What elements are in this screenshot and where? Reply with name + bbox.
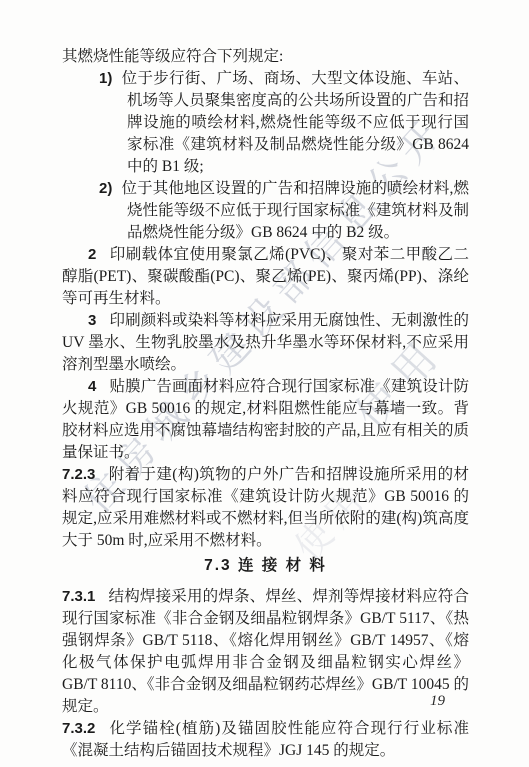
- subclause-4: 4贴膜广告画面材料应符合现行国家标准《建筑设计防火规范》GB 50016 的规定…: [62, 376, 469, 464]
- document-page: 住房城乡建设部信息公开 使用 使用 其燃烧性能等级应符合下列规定: 1)位于步行…: [0, 0, 529, 767]
- list-item-1-text: 位于步行街、广场、商场、大型文体设施、车站、机场等人员聚集密度高的公共场所设置的…: [121, 70, 469, 175]
- subclause-2-number: 2: [88, 246, 96, 263]
- clause-7-2-3-number: 7.2.3: [62, 466, 95, 483]
- clause-7-3-2-number: 7.3.2: [62, 720, 95, 737]
- clause-7-3-1-number: 7.3.1: [62, 588, 95, 605]
- paragraph-intro: 其燃烧性能等级应符合下列规定:: [62, 46, 469, 68]
- list-item-2-text: 位于其他地区设置的广告和招牌设施的喷绘材料,燃烧性能等级不应低于现行国家标准《建…: [121, 180, 469, 241]
- subclause-2: 2印刷载体宜使用聚氯乙烯(PVC)、聚对苯二甲酸乙二醇脂(PET)、聚碳酸酯(P…: [62, 244, 469, 310]
- page-body: 其燃烧性能等级应符合下列规定: 1)位于步行街、广场、商场、大型文体设施、车站、…: [62, 46, 469, 762]
- subclause-2-text: 印刷载体宜使用聚氯乙烯(PVC)、聚对苯二甲酸乙二醇脂(PET)、聚碳酸酯(PC…: [62, 246, 469, 307]
- subclause-4-number: 4: [88, 378, 96, 395]
- subclause-4-text: 贴膜广告画面材料应符合现行国家标准《建筑设计防火规范》GB 50016 的规定,…: [62, 378, 469, 461]
- subclause-3-text: 印刷颜料或染料等材料应采用无腐蚀性、无刺激性的 UV 墨水、生物乳胶墨水及热升华…: [62, 312, 469, 373]
- clause-7-2-3: 7.2.3附着于建(构)筑物的户外广告和招牌设施所采用的材料应符合现行国家标准《…: [62, 464, 469, 552]
- page-number: 19: [430, 693, 445, 710]
- subclause-3-number: 3: [88, 312, 96, 329]
- clause-7-3-2: 7.3.2化学锚栓(植筋)及锚固胶性能应符合现行行业标准《混凝土结构后锚固技术规…: [62, 718, 469, 762]
- clause-7-3-1: 7.3.1结构焊接采用的焊条、焊丝、焊剂等焊接材料应符合现行国家标准《非合金钢及…: [62, 586, 469, 718]
- list-item-2-number: 2): [99, 180, 112, 197]
- section-heading-7-3: 7.3 连 接 材 料: [62, 555, 469, 577]
- list-item-1: 1)位于步行街、广场、商场、大型文体设施、车站、机场等人员聚集密度高的公共场所设…: [62, 68, 469, 178]
- subclause-3: 3印刷颜料或染料等材料应采用无腐蚀性、无刺激性的 UV 墨水、生物乳胶墨水及热升…: [62, 310, 469, 376]
- clause-7-2-3-text: 附着于建(构)筑物的户外广告和招牌设施所采用的材料应符合现行国家标准《建筑设计防…: [62, 466, 469, 549]
- clause-7-3-1-text: 结构焊接采用的焊条、焊丝、焊剂等焊接材料应符合现行国家标准《非合金钢及细晶粒钢焊…: [62, 588, 469, 715]
- list-item-2: 2)位于其他地区设置的广告和招牌设施的喷绘材料,燃烧性能等级不应低于现行国家标准…: [62, 178, 469, 244]
- clause-7-3-2-text: 化学锚栓(植筋)及锚固胶性能应符合现行行业标准《混凝土结构后锚固技术规程》JGJ…: [62, 720, 469, 759]
- list-item-1-number: 1): [99, 70, 112, 87]
